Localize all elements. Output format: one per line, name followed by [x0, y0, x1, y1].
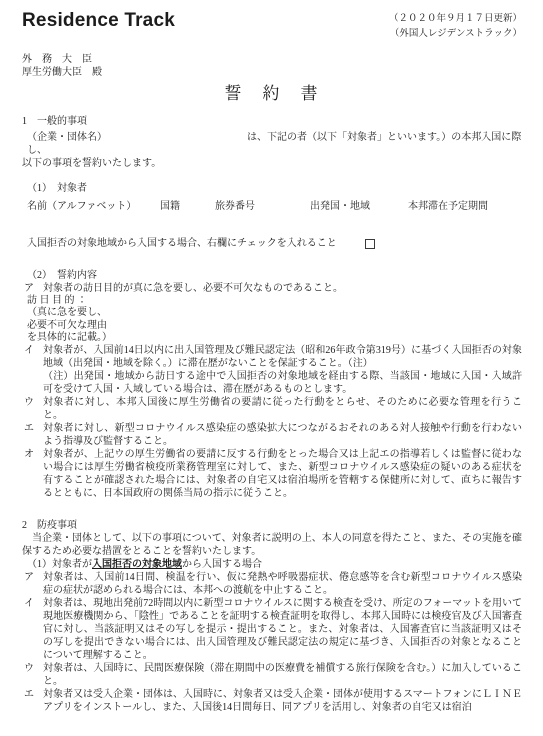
section1-heading: 1 一般的事項 — [22, 115, 522, 128]
pledge-item-i: イ 対象者が、入国前14日以内に出入国管理及び難民認定法（昭和26年政令第319… — [22, 344, 522, 396]
pledge-item-o: オ 対象者が、上記ウの厚生労働省の要請に反する行動をとった場合又は上記エの指導若… — [22, 448, 522, 500]
quarantine-item-i-label: イ — [24, 597, 43, 662]
column-header-nationality: 国籍 — [160, 200, 215, 213]
quarantine-sub1-emphasis: 入国拒否の対象地域 — [92, 559, 182, 570]
company-name-label: （企業・団体名） — [27, 132, 107, 143]
addressee-foreign-minister: 外 務 大 臣 — [22, 53, 522, 66]
pledge-item-e: エ 対象者に対し、新型コロナウイルス感染症の感染拡大につながるおそれのある対人接… — [22, 422, 522, 448]
entry-ban-checkbox-row: 入国拒否の対象地域から入国する場合、右欄にチェックを入れること — [22, 237, 522, 250]
quarantine-item-e-text: 対象者又は受入企業・団体は、入国時に、対象者又は受入企業・団体が使用するスマート… — [43, 688, 522, 714]
quarantine-sub1-prefix: （1）対象者が — [27, 559, 92, 570]
pledge-item-a-text: 対象者の訪日目的が真に急を要し、必要不可欠なものであること。 — [43, 282, 522, 295]
updated-date: （２０２０年９月１７日更新） — [389, 12, 522, 27]
pledge-intro-line2: 以下の事項を誓約いたします。 — [22, 157, 522, 170]
pledge-item-a: ア 対象者の訪日目的が真に急を要し、必要不可欠なものであること。 — [22, 282, 522, 295]
company-name-field[interactable] — [107, 139, 247, 140]
pledge-item-u-label: ウ — [24, 396, 43, 422]
pledge-item-o-label: オ — [24, 448, 43, 500]
column-header-stay-period: 本邦滞在予定期間 — [408, 200, 522, 213]
pledge-item-e-label: エ — [24, 422, 43, 448]
subjects-heading: （1） 対象者 — [22, 182, 522, 195]
entry-ban-checkbox[interactable] — [365, 239, 375, 249]
column-header-origin: 出発国・地域 — [310, 200, 408, 213]
brand-title: Residence Track — [22, 10, 175, 32]
pledge-content-heading: （2） 誓約内容 — [22, 269, 522, 282]
addressees: 外 務 大 臣 厚生労働大臣 殿 — [22, 53, 522, 79]
entry-ban-checkbox-label: 入国拒否の対象地域から入国する場合、右欄にチェックを入れること — [27, 237, 337, 250]
document-page: Residence Track （２０２０年９月１７日更新） （外国人レジデンス… — [0, 0, 543, 714]
document-title: 誓 約 書 — [22, 84, 522, 104]
quarantine-sub1-suffix: から入国する場合 — [182, 559, 262, 570]
quarantine-item-i-text: 対象者は、現地出発前72時間以内に新型コロナウイルスに関する検査を受け、所定のフ… — [43, 597, 522, 662]
document-header: Residence Track （２０２０年９月１７日更新） （外国人レジデンス… — [22, 10, 522, 42]
subjects-column-headers: 名前（アルファベット） 国籍 旅券番号 出発国・地域 本邦滞在予定期間 — [22, 200, 522, 213]
program-name: （外国人レジデンストラック） — [389, 27, 522, 42]
addressee-health-minister: 厚生労働大臣 殿 — [22, 66, 522, 79]
header-meta: （２０２０年９月１７日更新） （外国人レジデンストラック） — [389, 12, 522, 42]
quarantine-item-a-text: 対象者は、入国前14日間、検温を行い、仮に発熱や呼吸器症状、倦怠感等を含む新型コ… — [43, 571, 522, 597]
pledge-item-u: ウ 対象者に対し、本邦入国後に厚生労働省の要請に従った行動をとらせ、そのために必… — [22, 396, 522, 422]
column-header-passport: 旅券番号 — [215, 200, 310, 213]
visit-purpose-field[interactable] — [112, 295, 512, 344]
pledge-item-i-text: 対象者が、入国前14日以内に出入国管理及び難民認定法（昭和26年政令第319号）… — [43, 344, 522, 370]
quarantine-item-u: ウ 対象者は、入国時に、民間医療保険（滞在期間中の医療費を補償する旅行保険を含む… — [22, 662, 522, 688]
pledge-intro-line1: （企業・団体名）は、下記の者（以下「対象者」といいます。）の本邦入国に際し、 — [22, 131, 522, 157]
quarantine-item-a-label: ア — [24, 571, 43, 597]
pledge-item-a-label: ア — [24, 282, 43, 295]
pledge-item-o-text: 対象者が、上記ウの厚生労働省の要請に反する行動をとった場合又は上記エの指導若しく… — [43, 448, 522, 500]
pledge-item-e-text: 対象者に対し、新型コロナウイルス感染症の感染拡大につながるおそれのある対人接触や… — [43, 422, 522, 448]
pledge-item-u-text: 対象者に対し、本邦入国後に厚生労働省の要請に従った行動をとらせ、そのために必要な… — [43, 396, 522, 422]
quarantine-item-a: ア 対象者は、入国前14日間、検温を行い、仮に発熱や呼吸器症状、倦怠感等を含む新… — [22, 571, 522, 597]
visit-purpose-block: 訪 日 目 的 ： （真に急を要し、 必要不可欠な理由 を具体的に記載。） — [22, 295, 522, 344]
pledge-item-i-label: イ — [24, 344, 43, 396]
quarantine-item-e: エ 対象者又は受入企業・団体は、入国時に、対象者又は受入企業・団体が使用するスマ… — [22, 688, 522, 714]
quarantine-item-i: イ 対象者は、現地出発前72時間以内に新型コロナウイルスに関する検査を受け、所定… — [22, 597, 522, 662]
quarantine-item-e-label: エ — [24, 688, 43, 714]
quarantine-item-u-label: ウ — [24, 662, 43, 688]
section2-heading: 2 防疫事項 — [22, 519, 522, 532]
quarantine-item-u-text: 対象者は、入国時に、民間医療保険（滞在期間中の医療費を補償する旅行保険を含む。）… — [43, 662, 522, 688]
quarantine-sub1-heading: （1）対象者が入国拒否の対象地域から入国する場合 — [22, 558, 522, 571]
pledge-item-i-note: （注）出発国・地域から訪日する途中で入国拒否の対象地域を経由する際、当該国・地域… — [43, 370, 522, 396]
column-header-name: 名前（アルファベット） — [27, 200, 160, 213]
subject-entry-area[interactable] — [22, 213, 522, 237]
quarantine-intro: 当企業・団体として、以下の事項について、対象者に説明の上、本人の同意を得たこと、… — [22, 532, 522, 558]
